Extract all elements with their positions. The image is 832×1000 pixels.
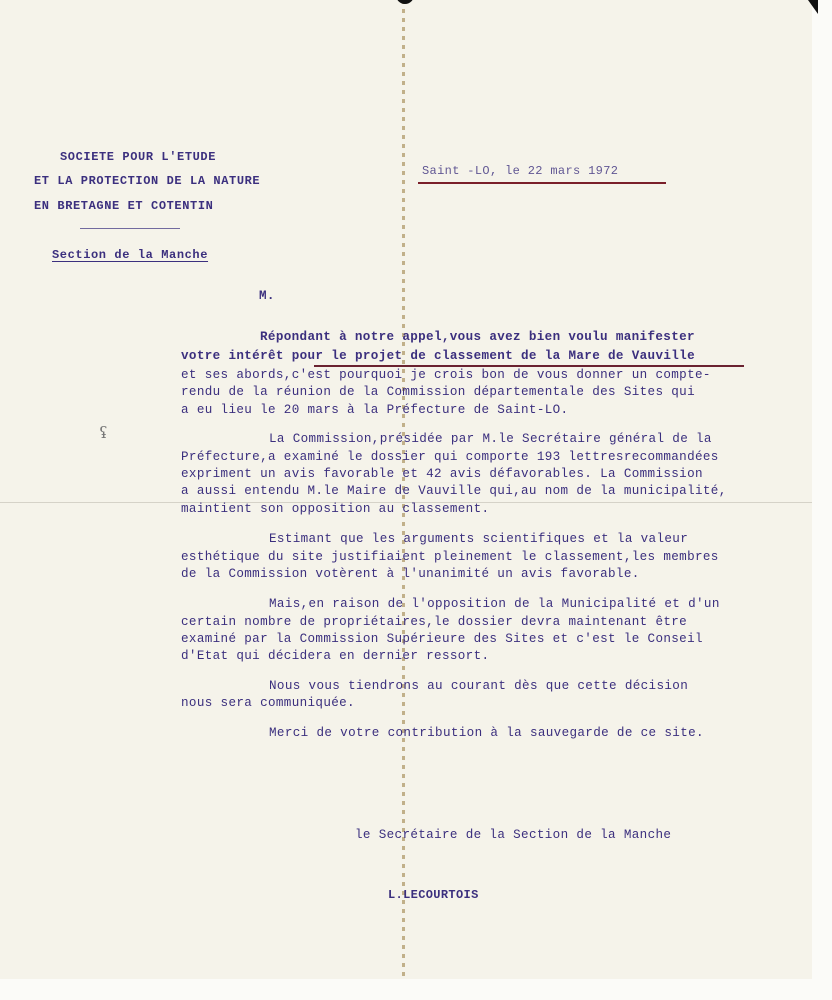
date-place-line: Saint -LO, le 22 mars 1972: [422, 165, 618, 177]
handwritten-margin-mark: ʢ: [99, 423, 108, 442]
p1-line-4: rendu de la réunion de la Commission dép…: [181, 386, 695, 399]
letterhead-line-3: EN BRETAGNE ET COTENTIN: [34, 199, 213, 213]
p1-line-5: a eu lieu le 20 mars à la Préfecture de …: [181, 404, 568, 417]
signatory-title: le Secrétaire de la Section de la Manche: [355, 829, 671, 842]
date-underline: [418, 182, 666, 184]
project-underline: [314, 365, 744, 367]
letterhead-line-2: ET LA PROTECTION DE LA NATURE: [34, 174, 260, 188]
p4-line-1: Mais,en raison de l'opposition de la Mun…: [269, 598, 720, 611]
p2-line-2: Préfecture,a examiné le dossier qui comp…: [181, 451, 719, 464]
p5-line-2: nous sera communiquée.: [181, 697, 355, 710]
p1-line-2-prefix: votre intérêt pour: [181, 349, 331, 363]
p2-line-5: maintient son opposition au classement.: [181, 503, 489, 516]
p2-line-3: expriment un avis favorable et 42 avis d…: [181, 468, 703, 481]
project-underlined-text: le projet de classement de la Mare de Va…: [331, 349, 695, 363]
p3-line-1: Estimant que les arguments scientifiques…: [269, 533, 688, 546]
salutation: M.: [259, 290, 275, 303]
letter-paper: SOCIETE POUR L'ETUDE ET LA PROTECTION DE…: [0, 0, 812, 979]
p1-line-2: votre intérêt pour le projet de classeme…: [181, 350, 695, 363]
p1-line-3: et ses abords,c'est pourquoi je crois bo…: [181, 369, 711, 382]
p3-line-3: de la Commission votèrent à l'unanimité …: [181, 568, 640, 581]
p4-line-4: d'Etat qui décidera en dernier ressort.: [181, 650, 489, 663]
signatory-name: L.LECOURTOIS: [388, 889, 479, 901]
p5-line-1: Nous vous tiendrons au courant dès que c…: [269, 680, 688, 693]
scan-corner-mark: [808, 0, 818, 14]
section-title: Section de la Manche: [52, 248, 208, 262]
letterhead-divider: [80, 228, 180, 229]
p2-line-1: La Commission,présidée par M.le Secrétai…: [269, 433, 712, 446]
p1-line-1: Répondant à notre appel,vous avez bien v…: [260, 331, 695, 344]
p3-line-2: esthétique du site justifiaient pleineme…: [181, 551, 719, 564]
punch-hole-mark: [396, 0, 414, 4]
letterhead-line-1: SOCIETE POUR L'ETUDE: [60, 150, 216, 164]
p4-line-2: certain nombre de propriétaires,le dossi…: [181, 616, 687, 629]
p4-line-3: examiné par la Commission Supérieure des…: [181, 633, 703, 646]
p2-line-4: a aussi entendu M.le Maire de Vauville q…: [181, 485, 727, 498]
p6-line-1: Merci de votre contribution à la sauvega…: [269, 727, 704, 740]
